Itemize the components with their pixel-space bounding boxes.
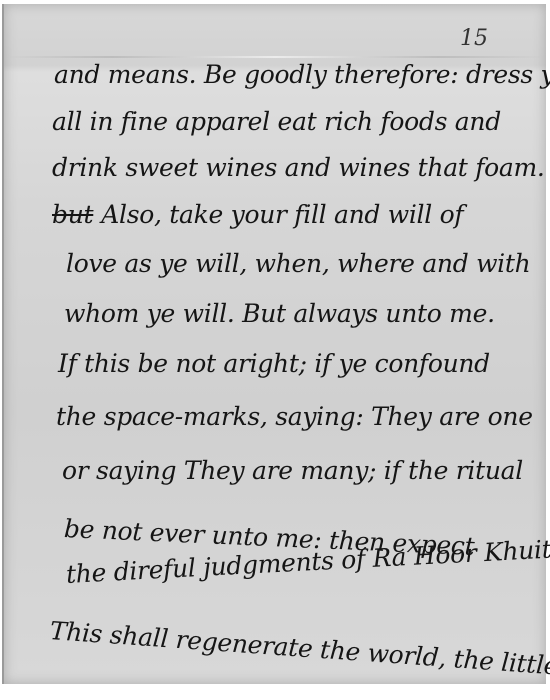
handwritten-line-12: This shall regenerate the world, the lit… [49, 616, 550, 680]
page-number: 15 [460, 26, 488, 51]
handwritten-line-2: all in fine apparel eat rich foods and [52, 107, 501, 136]
handwritten-line-6: whom ye will. But always unto me. [64, 299, 495, 328]
handwritten-line-4: butAlso, take your fill and will of [52, 200, 463, 229]
line-4-text: Also, take your fill and will of [101, 200, 463, 229]
handwritten-line-9: or saying They are many; if the ritual [62, 456, 523, 485]
manuscript-page: 15 and means. Be goodly therefore: dress… [2, 4, 546, 684]
handwritten-line-1: and means. Be goodly therefore: dress ye [54, 60, 550, 89]
handwritten-line-7: If this be not aright; if ye confound [58, 349, 490, 378]
paper-fold [4, 56, 546, 58]
handwritten-line-8: the space-marks, saying: They are one [56, 402, 533, 431]
handwritten-line-5: love as ye will, when, where and with [66, 249, 530, 278]
struck-word: but [52, 200, 93, 229]
handwritten-line-3: drink sweet wines and wines that foam. [52, 153, 545, 182]
